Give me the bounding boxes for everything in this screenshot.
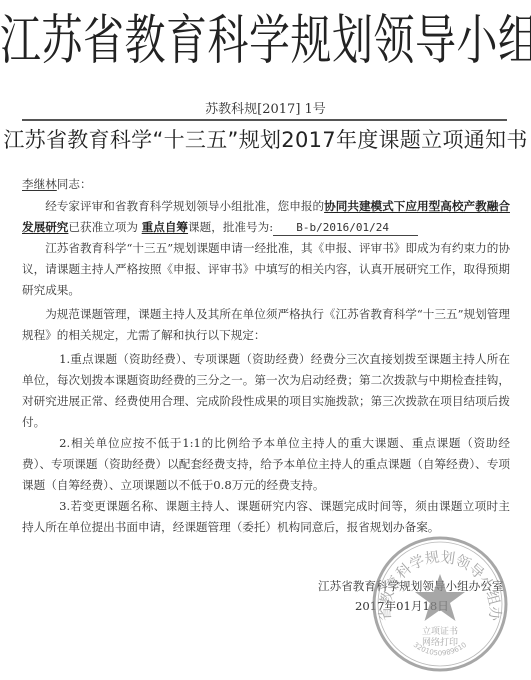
- official-seal: 江苏省教育科学规划领导小组办公室 立项证书 网络打印 3201050989610: [370, 534, 510, 674]
- notification-document: 江苏省教育科学规划领导小组办公室 苏教科规[2017] 1号 江苏省教育科学“十…: [0, 0, 531, 680]
- rule-item-2: 2.相关单位应按不低于1:1的比例给予本单位主持人的重大课题、重点课题（资助经费…: [22, 433, 510, 496]
- salutation-suffix: 同志：: [57, 177, 92, 191]
- document-title: 江苏省教育科学“十三五”规划2017年度课题立项通知书: [0, 124, 531, 154]
- letter-body: 经专家评审和省教育科学规划领导小组批准，您申报的协同共建模式下应用型高校产教融合…: [22, 196, 510, 538]
- recipient-name: 李继林: [22, 177, 57, 191]
- approval-paragraph: 经专家评审和省教育科学规划领导小组批准，您申报的协同共建模式下应用型高校产教融合…: [22, 196, 510, 238]
- approval-number: B-b/2016/01/24: [273, 221, 418, 236]
- approval-mid-text: 已获准立项为: [68, 220, 141, 234]
- organization-letterhead: 江苏省教育科学规划领导小组办公室: [0, 8, 531, 73]
- header-divider: [22, 119, 507, 121]
- project-type: 重点自筹: [142, 220, 188, 234]
- regulation-paragraph: 为规范课题管理，课题主持人及其所在单位须严格执行《江苏省教育科学“十三五”规划管…: [22, 304, 510, 346]
- seal-line-1: 立项证书: [422, 625, 458, 637]
- seal-line-2: 网络打印: [422, 636, 458, 648]
- document-number: 苏教科规[2017] 1号: [0, 98, 531, 117]
- agreement-paragraph: 江苏省教育科学“十三五”规划课题申请一经批准，其《申报、评审书》即成为有约束力的…: [22, 238, 510, 301]
- rule-item-3: 3.若变更课题名称、课题主持人、课题研究内容、课题完成时间等，须由课题立项时主持…: [22, 496, 510, 538]
- approval-lead-text: 经专家评审和省教育科学规划领导小组批准，您申报的: [45, 199, 324, 213]
- approval-tail-text: 课题，批准号为:: [188, 220, 273, 234]
- rule-item-1: 1.重点课题（资助经费）、专项课题（资助经费）经费分三次直接划拨至课题主持人所在…: [22, 349, 510, 433]
- star-icon: [415, 574, 465, 621]
- salutation: 李继林同志：: [22, 176, 92, 192]
